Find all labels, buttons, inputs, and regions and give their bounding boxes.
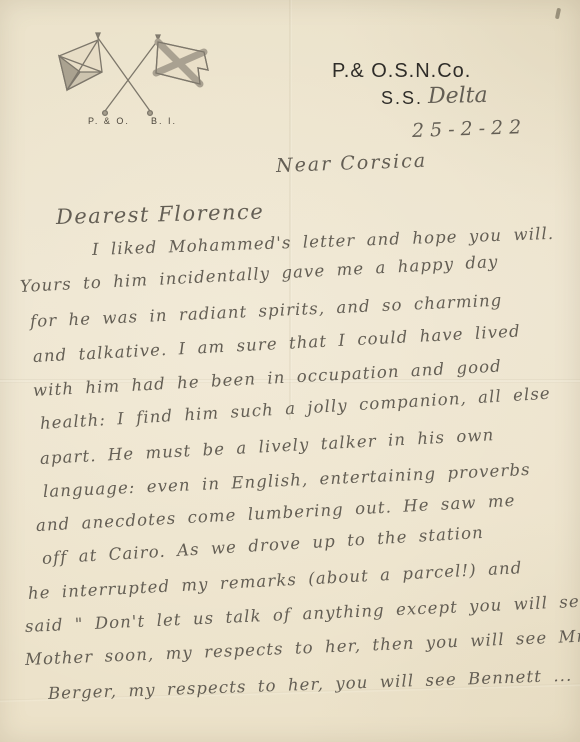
ship-name-handwritten: Delta <box>428 83 488 109</box>
flag-label-bi: B. I. <box>151 116 177 126</box>
vertical-fold-crease <box>289 0 292 420</box>
letter-date: 25-2-22 <box>412 116 528 142</box>
paper-edge-mark <box>555 8 561 20</box>
letter-page: P. & O. B. I. P.& O.S.N.Co. S.S. Delta 2… <box>0 0 580 742</box>
salutation: Dearest Florence <box>56 200 265 229</box>
flag-label-po: P. & O. <box>88 116 130 126</box>
ship-prefix: S.S. <box>381 88 423 109</box>
body-line-7: apart. He must be a lively talker in his… <box>40 425 495 468</box>
letter-location: Near Corsica <box>276 150 428 177</box>
crossed-flags-icon <box>50 30 212 124</box>
company-name: P.& O.S.N.Co. <box>332 60 471 83</box>
body-line-11: he interrupted my remarks (about a parce… <box>28 558 523 603</box>
body-line-14: Berger, my respects to her, you will see… <box>48 664 580 703</box>
body-line-3: for he was in radiant spirits, and so ch… <box>30 291 503 331</box>
body-line-13: Mother soon, my respects to her, then yo… <box>25 626 580 669</box>
